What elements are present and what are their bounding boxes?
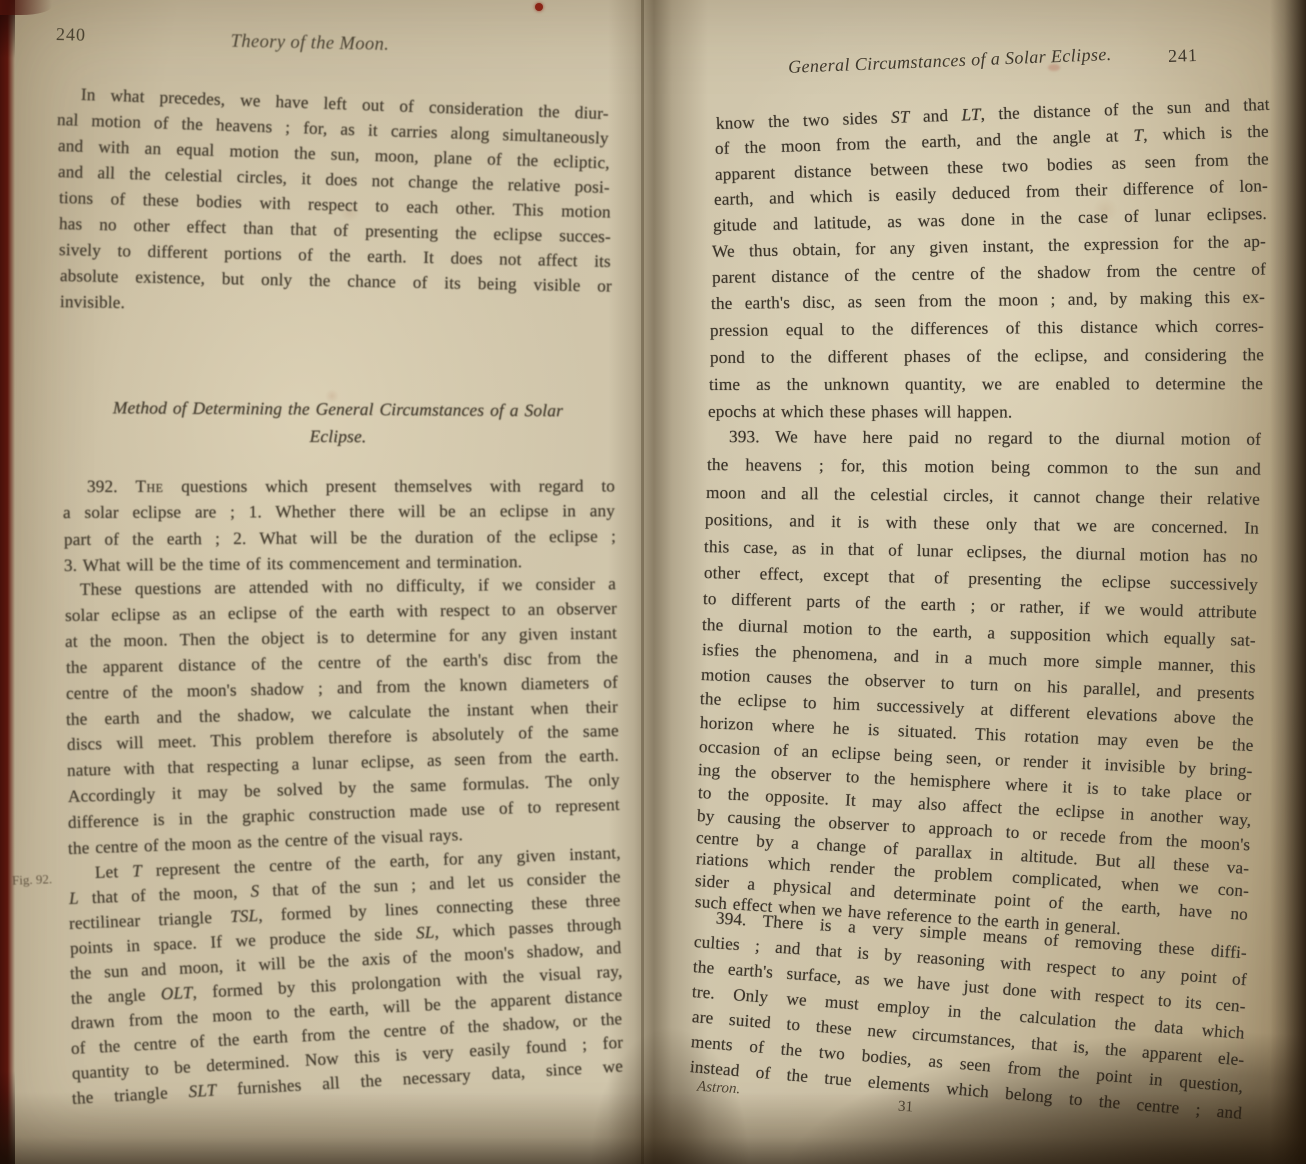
text-line: parent distance of the centre of the sha… [712, 258, 1266, 290]
book-photo: 240 Theory of the Moon. Fig. 92. In what… [0, 0, 1306, 1164]
text-line: time as the unknown quantity, we are ena… [709, 372, 1263, 397]
right-page-text: know the two sides ST and LT, the distan… [0, 0, 1306, 1164]
signature-number: 31 [897, 1099, 913, 1117]
text-line: pond to the different phases of the ecli… [710, 343, 1264, 370]
text-line: moon and all the celestial circles, it c… [706, 481, 1260, 512]
text-line: epochs at which these phases will happen… [708, 400, 1262, 425]
text-line: pression equal to the differences of thi… [710, 314, 1264, 343]
signature-word: Astron. [697, 1079, 741, 1099]
text-line: positions, and it is with these only tha… [705, 508, 1259, 541]
text-line: 393. We have here paid no regard to the … [707, 425, 1261, 452]
text-line: the heavens ; for, this motion being com… [707, 453, 1261, 482]
text-line: the earth's disc, as seen from the moon … [711, 286, 1265, 317]
